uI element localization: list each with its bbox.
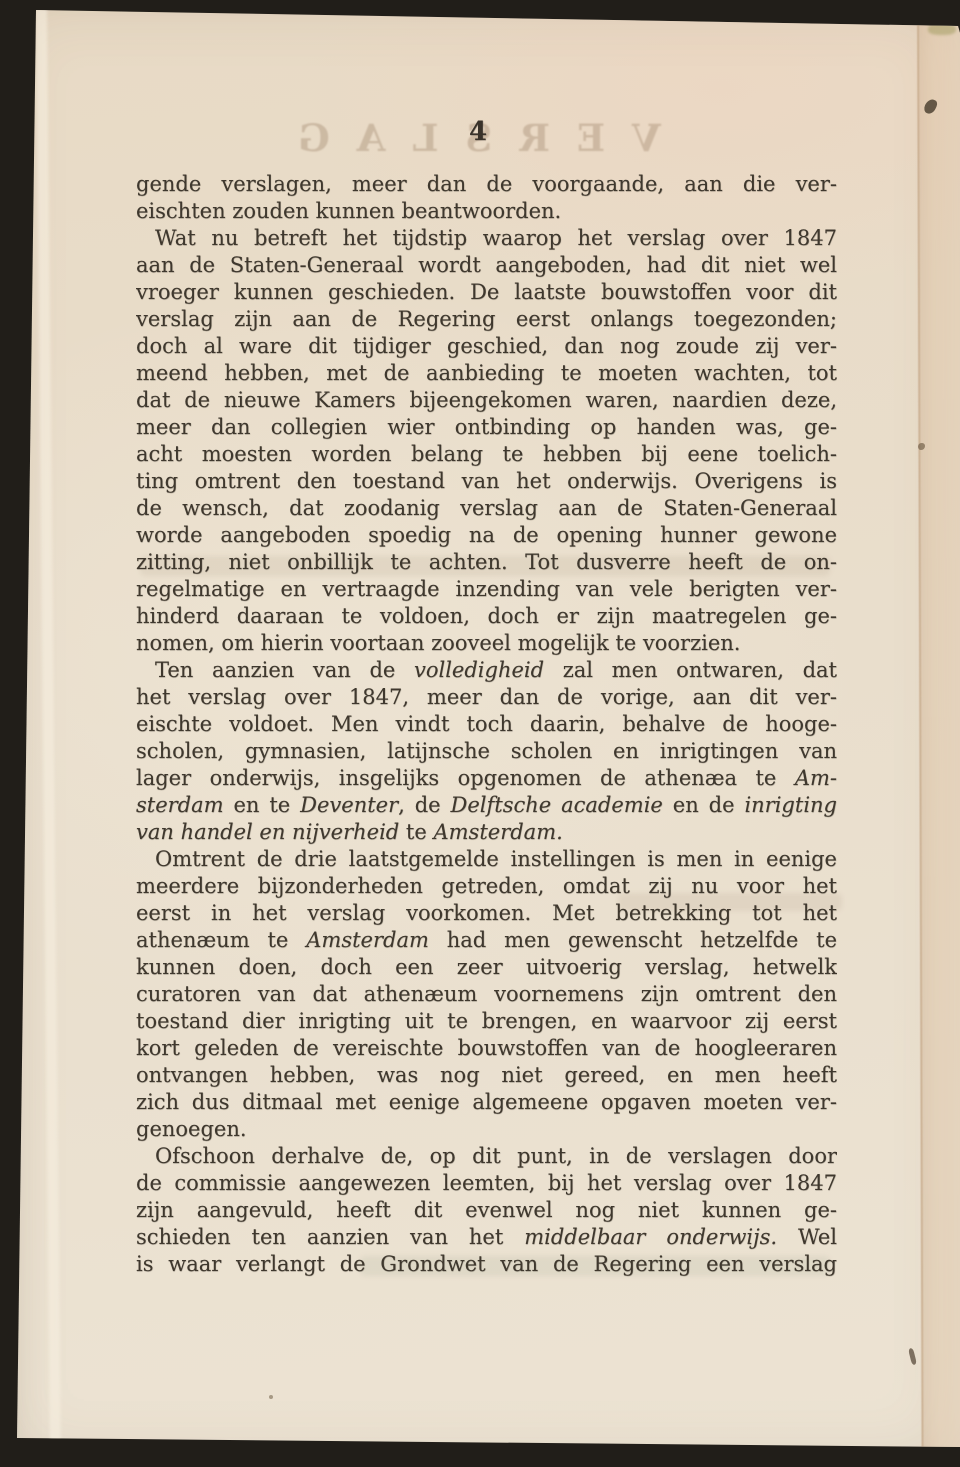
text-run: zitting, niet onbillijk te achten. Tot d… [136,550,837,574]
text-run: zijn aangevuld, heeft dit evenwel nog ni… [136,1198,837,1222]
text-run: eerst in het verslag voorkomen. Met betr… [136,901,837,925]
text-run: athenæum te [136,928,306,952]
text-run: gende verslagen, meer dan de voorgaande,… [136,172,837,196]
text-line: eischte voldoet. Men vindt toch daarin, … [136,711,837,738]
text-run: had men gewenscht hetzelfde te [429,928,837,952]
text-run: meerdere bijzonderheden getreden, omdat … [136,874,837,898]
italic-text-run: Deventer [300,793,398,817]
italic-text-run: Delftsche academie [451,793,663,817]
italic-text-run: volledigheid [414,658,544,682]
text-run: te [399,820,433,844]
dust-speck [269,1395,273,1399]
text-line: dat de nieuwe Kamers bijeengekomen waren… [136,387,837,414]
text-line: het verslag over 1847, meer dan de vorig… [136,684,837,711]
text-run: meend hebben, met de aanbieding te moete… [136,361,837,385]
text-line: kort geleden de vereischte bouwstoffen v… [136,1035,837,1062]
scan-background: VERSLAG 4 gende verslagen, meer dan de v… [0,0,960,1467]
text-run: genoegen. [136,1117,247,1141]
text-line: toestand dier inrigting uit te brengen, … [136,1008,837,1035]
scan-artifact [928,24,956,35]
book-page: VERSLAG 4 gende verslagen, meer dan de v… [0,0,960,1467]
text-line: zijn aangevuld, heeft dit evenwel nog ni… [136,1197,837,1224]
text-line: van handel en nijverheid te Amsterdam. [136,819,837,846]
text-line: kunnen doen, doch een zeer uitvoerig ver… [136,954,837,981]
text-run: verslag zijn aan de Regering eerst onlan… [136,307,837,331]
text-line: genoegen. [136,1116,837,1143]
text-line: zich dus ditmaal met eenige algemeene op… [136,1089,837,1116]
text-line: regelmatige en vertraagde inzending van … [136,576,837,603]
text-line: vroeger kunnen geschieden. De laatste bo… [136,279,837,306]
text-run: nomen, om hierin voortaan zooveel mogeli… [136,631,740,655]
text-run: aan de Staten-Generaal wordt aangeboden,… [136,253,837,277]
text-line: sterdam en te Deventer, de Delftsche aca… [136,792,837,819]
text-run: Wel [777,1225,837,1249]
text-run: eischten zouden kunnen beantwoorden. [136,199,561,223]
text-line: verslag zijn aan de Regering eerst onlan… [136,306,837,333]
text-line: gende verslagen, meer dan de voorgaande,… [136,171,837,198]
text-line: de commissie aangewezen leemten, bij het… [136,1170,837,1197]
text-line: eischten zouden kunnen beantwoorden. [136,198,837,225]
paper-cut-edge-highlight [36,8,61,1448]
text-line: curatoren van dat athenæum voornemens zi… [136,981,837,1008]
text-line: is waar verlangt de Grondwet van de Rege… [136,1251,837,1278]
text-line: eerst in het verslag voorkomen. Met betr… [136,900,837,927]
text-line: nomen, om hierin voortaan zooveel mogeli… [136,630,837,657]
text-line: ontvangen hebben, was nog niet gereed, e… [136,1062,837,1089]
text-line: lager onderwijs, insgelijks opgenomen de… [136,765,837,792]
text-run: en de [663,793,745,817]
text-run: kunnen doen, doch een zeer uitvoerig ver… [136,955,837,979]
text-run: zal men ontwaren, dat [544,658,837,682]
text-line: hinderd daaraan te voldoen, doch er zijn… [136,603,837,630]
text-run: curatoren van dat athenæum voornemens zi… [136,982,837,1006]
text-line: Wat nu betreft het tijdstip waarop het v… [136,225,837,252]
text-run: Ofschoon derhalve de, op dit punt, in de… [155,1144,837,1168]
text-line: zitting, niet onbillijk te achten. Tot d… [136,549,837,576]
text-run: vroeger kunnen geschieden. De laatste bo… [136,280,837,304]
text-line: schieden ten aanzien van het middelbaar … [136,1224,837,1251]
text-line: meer dan collegien wier ontbinding op ha… [136,414,837,441]
text-line: athenæum te Amsterdam had men gewenscht … [136,927,837,954]
text-line: aan de Staten-Generaal wordt aangeboden,… [136,252,837,279]
text-run: scholen, gymnasien, latijnsche scholen e… [136,739,837,763]
text-run: acht moesten worden belang te hebben bij… [136,442,837,466]
text-line: acht moesten worden belang te hebben bij… [136,441,837,468]
text-run: hinderd daaraan te voldoen, doch er zijn… [136,604,837,628]
text-run: Wat nu betreft het tijdstip waarop het v… [155,226,837,250]
text-run: toestand dier inrigting uit te brengen, … [136,1009,837,1033]
italic-text-run: van handel en nijverheid [136,820,399,844]
text-line: Ten aanzien van de volledigheid zal men … [136,657,837,684]
text-run: de commissie aangewezen leemten, bij het… [136,1171,837,1195]
text-run: lager onderwijs, insgelijks opgenomen de… [136,766,795,790]
text-line: doch al ware dit tijdiger geschied, dan … [136,333,837,360]
text-run: ting omtrent den toestand van het onderw… [136,469,837,493]
text-line: Omtrent de drie laatstgemelde instelling… [136,846,837,873]
page-edge-shading [917,0,960,1467]
text-run: eischte voldoet. Men vindt toch daarin, … [136,712,837,736]
italic-text-run: Amsterdam [306,928,429,952]
text-line: worde aangeboden spoedig na de opening h… [136,522,837,549]
italic-text-run: sterdam [136,793,224,817]
text-run: dat de nieuwe Kamers bijeengekomen waren… [136,388,837,412]
text-line: Ofschoon derhalve de, op dit punt, in de… [136,1143,837,1170]
text-run: schieden ten aanzien van het [136,1225,524,1249]
text-run: zich dus ditmaal met eenige algemeene op… [136,1090,837,1114]
text-run: Ten aanzien van de [155,658,414,682]
text-run: de wensch, dat zoodanig verslag aan de S… [136,496,837,520]
text-run: regelmatige en vertraagde inzending van … [136,577,837,601]
text-run: meer dan collegien wier ontbinding op ha… [136,415,837,439]
text-run: doch al ware dit tijdiger geschied, dan … [136,334,837,358]
text-run: het verslag over 1847, meer dan de vorig… [136,685,837,709]
text-block: gende verslagen, meer dan de voorgaande,… [136,171,837,1278]
text-run: en te [224,793,301,817]
italic-text-run: Amsterdam. [433,820,562,844]
text-line: scholen, gymnasien, latijnsche scholen e… [136,738,837,765]
text-line: ting omtrent den toestand van het onderw… [136,468,837,495]
text-line: meend hebben, met de aanbieding te moete… [136,360,837,387]
text-run: worde aangeboden spoedig na de opening h… [136,523,837,547]
italic-text-run: middelbaar onderwijs. [524,1225,777,1249]
italic-text-run: Am- [795,766,837,790]
text-run: is waar verlangt de Grondwet van de Rege… [136,1252,837,1276]
italic-text-run: inrigting [744,793,837,817]
text-line: de wensch, dat zoodanig verslag aan de S… [136,495,837,522]
text-line: meerdere bijzonderheden getreden, omdat … [136,873,837,900]
ink-speck [908,1348,917,1366]
text-run: , de [398,793,450,817]
page-number: 4 [458,117,498,147]
text-run: Omtrent de drie laatstgemelde instelling… [155,847,837,871]
text-run: ontvangen hebben, was nog niet gereed, e… [136,1063,837,1087]
text-run: kort geleden de vereischte bouwstoffen v… [136,1036,837,1060]
